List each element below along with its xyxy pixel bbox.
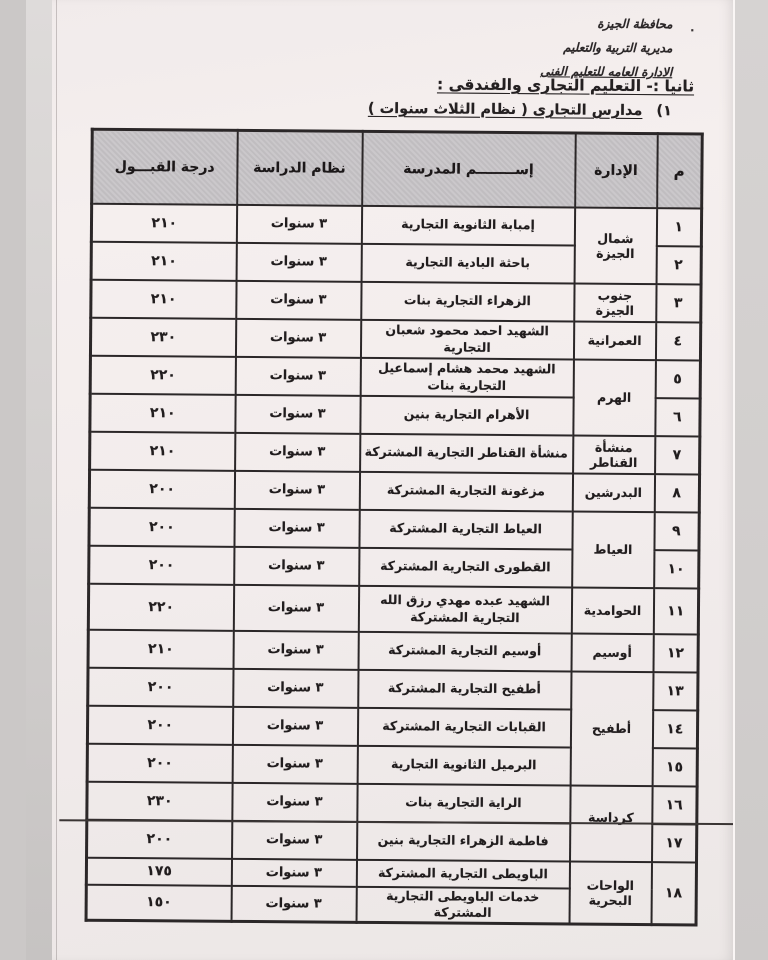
scanned-page: . محافظة الجيزة مديرية التربية والتعليم … [26,0,735,960]
cell-school-name: القطورى التجارية المشتركة [359,547,572,587]
schools-table-wrapper: م الإدارة إســــــــم المدرسة نظام الدرا… [85,128,704,927]
list-title: ١)مدارس التجارى ( نظام الثلاث سنوات ) [368,101,672,119]
cell-school-name: الشهيد عبده مهدي رزق الله التجارية المشت… [358,585,571,633]
section-title: ثانيا :- التعليم التجارى والفندقى : [437,75,694,95]
letterhead-governorate: محافظة الجيزة [540,11,672,36]
cell-study-system: ٣ سنوات [236,280,361,319]
cell-study-system: ٣ سنوات [236,242,361,281]
stray-dot: . [690,20,695,34]
header-administration: الإدارة [575,133,658,208]
cell-index: ١٤ [652,710,697,748]
cell-school-name: الباويطى التجارية المشتركة [356,859,569,888]
cell-acceptance-grade: ٢١٠ [90,431,235,470]
cell-administration: الواحات البحرية [569,861,651,925]
table-row: ١١ الحوامدية الشهيد عبده مهدي رزق الله ا… [88,583,698,634]
cell-acceptance-grade: ٢٣٠ [90,317,235,356]
cell-school-name: أطفيح التجارية المشتركة [358,669,571,709]
photo-background-right-band [733,0,768,960]
cell-index: ٨ [654,474,699,512]
cell-study-system: ٣ سنوات [232,820,357,859]
table-row: ٧ منشأة القناطر منشأة القناطر التجارية ا… [90,431,700,474]
cell-index: ٢ [656,246,701,284]
cell-index: ٤ [655,322,700,360]
cell-acceptance-grade: ٢٠٠ [87,743,232,782]
cell-index: ٦ [655,398,700,436]
table-row: ١٣ أطفيح أطفيح التجارية المشتركة ٣ سنوات… [88,667,698,710]
cell-acceptance-grade: ٢٢٠ [90,355,235,394]
table-header-row: م الإدارة إســــــــم المدرسة نظام الدرا… [92,129,703,208]
cell-study-system: ٣ سنوات [232,782,357,821]
schools-table: م الإدارة إســــــــم المدرسة نظام الدرا… [85,128,704,927]
table-row: ١٢ أوسيم أوسيم التجارية المشتركة ٣ سنوات… [88,629,698,672]
cell-study-system: ٣ سنوات [234,508,359,547]
cell-study-system: ٣ سنوات [235,432,360,471]
cell-acceptance-grade: ٢٣٠ [87,781,232,820]
cell-index: ١٣ [653,672,698,710]
list-number: ١) [656,103,672,119]
header-study-system: نظام الدراسة [237,130,363,205]
cell-acceptance-grade: ٢٠٠ [89,469,234,508]
cell-school-name: الأهرام التجارية بنين [360,395,573,435]
list-title-text: مدارس التجارى ( نظام الثلاث سنوات ) [368,101,643,119]
cell-acceptance-grade: ٢٠٠ [89,545,234,584]
table-row: ٥ الهرم الشهيد محمد هشام إسماعيل التجاري… [90,355,700,398]
cell-acceptance-grade: ١٧٥ [86,857,231,885]
table-row: ٨ البدرشين مزغونة التجارية المشتركة ٣ سن… [89,469,699,512]
cell-acceptance-grade: ١٥٠ [86,884,231,921]
cell-acceptance-grade: ٢٠٠ [87,705,232,744]
cell-school-name: الراية التجارية بنات [357,783,570,823]
cell-administration: جنوب الجيزة [574,283,656,322]
cell-study-system: ٣ سنوات [234,470,359,509]
cell-study-system: ٣ سنوات [231,858,356,886]
cell-administration: شمال الجيزة [574,207,657,284]
header-index: م [657,134,703,208]
cell-study-system: ٣ سنوات [236,204,361,243]
cell-index: ١٧ [652,824,697,862]
cell-administration: العياط [572,511,655,588]
cell-acceptance-grade: ٢٠٠ [87,819,232,858]
cell-administration: الحوامدية [571,587,653,634]
cell-study-system: ٣ سنوات [235,356,360,395]
header-acceptance-grade: درجة القبـــول [92,129,238,204]
cell-index: ١٦ [652,786,697,824]
cell-acceptance-grade: ٢١٠ [91,241,236,280]
page-content: . محافظة الجيزة مديرية التربية والتعليم … [22,0,739,960]
cell-index: ١٠ [654,550,699,588]
cell-index: ١٢ [653,634,698,672]
cell-administration: أطفيح [570,671,653,786]
table-row: ١ شمال الجيزة إمبابة الثانوية التجارية ٣… [91,203,701,246]
cell-study-system: ٣ سنوات [234,546,359,585]
cell-administration: الهرم [573,359,656,436]
cell-acceptance-grade: ٢٠٠ [89,507,234,546]
cell-study-system: ٣ سنوات [235,394,360,433]
cell-school-name: الشهيد احمد محمود شعبان التجارية [360,319,573,359]
cell-school-name: خدمات الباويطى التجارية المشتركة [356,886,569,924]
cell-study-system: ٣ سنوات [232,744,357,783]
cell-acceptance-grade: ٢١٠ [90,393,235,432]
cell-index: ١١ [653,588,698,634]
cell-study-system: ٣ سنوات [231,885,356,922]
cell-school-name: باحثة البادية التجارية [361,243,574,283]
cell-school-name: فاطمة الزهراء التجارية بنين [357,821,570,861]
cell-study-system: ٣ سنوات [233,630,358,669]
letterhead-directorate: مديرية التربية والتعليم [540,35,672,60]
cell-index: ١٨ [651,862,696,926]
cell-index: ٣ [656,284,701,322]
cell-acceptance-grade: ٢١٠ [88,629,233,668]
cell-study-system: ٣ سنوات [235,318,360,357]
cell-study-system: ٣ سنوات [233,584,358,631]
cell-administration: منشأة القناطر [573,435,655,474]
letterhead: محافظة الجيزة مديرية التربية والتعليم ال… [540,11,673,84]
cell-acceptance-grade: ٢٢٠ [88,583,233,630]
cell-study-system: ٣ سنوات [232,706,357,745]
cell-index: ١ [656,208,701,246]
cell-school-name: أوسيم التجارية المشتركة [358,631,571,671]
table-row: ٤ العمرانية الشهيد احمد محمود شعبان التج… [90,317,700,360]
table-row: ٣ جنوب الجيزة الزهراء التجارية بنات ٣ سن… [91,279,701,322]
cell-index: ٥ [655,360,700,398]
cell-acceptance-grade: ٢١٠ [91,203,236,242]
cell-index: ٧ [655,436,700,474]
cell-administration: العمرانية [573,321,655,360]
cell-study-system: ٣ سنوات [233,668,358,707]
header-school-name: إســــــــم المدرسة [362,131,576,207]
cell-school-name: إمبابة الثانوية التجارية [361,205,574,245]
cell-school-name: البرميل الثانوية التجارية [357,745,570,785]
table-row: ٩ العياط العياط التجارية المشتركة ٣ سنوا… [89,507,699,550]
cell-school-name: العياط التجارية المشتركة [359,509,572,549]
cell-administration: أوسيم [571,633,653,672]
cell-school-name: الشهيد محمد هشام إسماعيل التجارية بنات [360,357,573,397]
cell-school-name: الزهراء التجارية بنات [361,281,574,321]
cell-school-name: مزغونة التجارية المشتركة [359,471,572,511]
table-row: ١٦ كرداسة الراية التجارية بنات ٣ سنوات ٢… [87,781,697,824]
cell-school-name: القبابات التجارية المشتركة [357,707,570,747]
cell-acceptance-grade: ٢١٠ [91,279,236,318]
cell-index: ١٥ [652,748,697,786]
cell-administration: البدرشين [572,473,654,512]
cell-index: ٩ [654,512,699,550]
cell-school-name: منشأة القناطر التجارية المشتركة [360,433,573,473]
cell-acceptance-grade: ٢٠٠ [88,667,233,706]
